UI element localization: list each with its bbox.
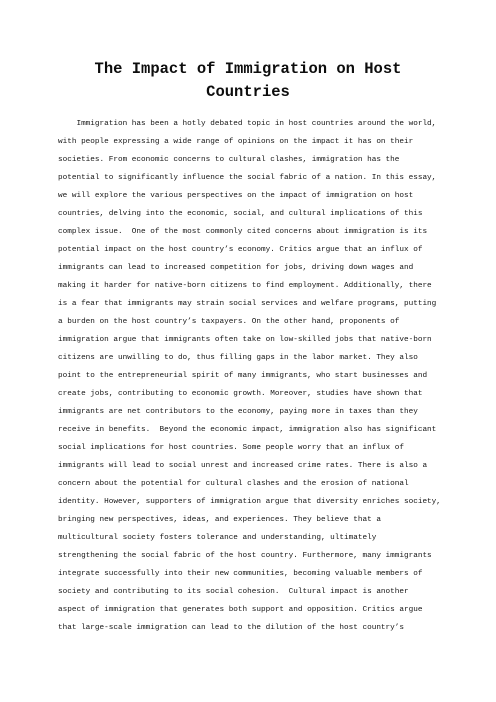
body-line: strengthening the social fabric of the h… [58,547,458,565]
body-line: with people expressing a wide range of o… [58,133,458,151]
body-line: aspect of immigration that generates bot… [58,601,458,619]
body-line: potential to significantly influence the… [58,169,458,187]
body-line: that large-scale immigration can lead to… [58,619,458,637]
body-line: immigration argue that immigrants often … [58,331,458,349]
body-line: bringing new perspectives, ideas, and ex… [58,511,458,529]
document-page: The Impact of Immigration on HostCountri… [0,0,496,702]
body-line: immigrants are net contributors to the e… [58,403,458,421]
document-body: Immigration has been a hotly debated top… [58,115,458,637]
body-line: society and contributing to its social c… [58,583,458,601]
body-line: is a fear that immigrants may strain soc… [58,295,458,313]
body-line: immigrants will lead to social unrest an… [58,457,458,475]
body-line: multicultural society fosters tolerance … [58,529,458,547]
body-line: countries, delving into the economic, so… [58,205,458,223]
body-line: create jobs, contributing to economic gr… [58,385,458,403]
body-line: receive in benefits. Beyond the economic… [58,421,458,439]
body-line: making it harder for native-born citizen… [58,277,458,295]
body-line: identity. However, supporters of immigra… [58,493,458,511]
body-line: point to the entrepreneurial spirit of m… [58,367,458,385]
title-line: The Impact of Immigration on Host [0,58,496,81]
body-line: social implications for host countries. … [58,439,458,457]
body-line: immigrants can lead to increased competi… [58,259,458,277]
body-line: integrate successfully into their new co… [58,565,458,583]
body-line: Immigration has been a hotly debated top… [58,115,458,133]
document-title: The Impact of Immigration on HostCountri… [0,58,496,104]
title-line: Countries [0,81,496,104]
body-line: we will explore the various perspectives… [58,187,458,205]
body-line: complex issue. One of the most commonly … [58,223,458,241]
body-line: citizens are unwilling to do, thus filli… [58,349,458,367]
body-line: a burden on the host country’s taxpayers… [58,313,458,331]
body-line: potential impact on the host country’s e… [58,241,458,259]
body-line: societies. From economic concerns to cul… [58,151,458,169]
body-line: concern about the potential for cultural… [58,475,458,493]
